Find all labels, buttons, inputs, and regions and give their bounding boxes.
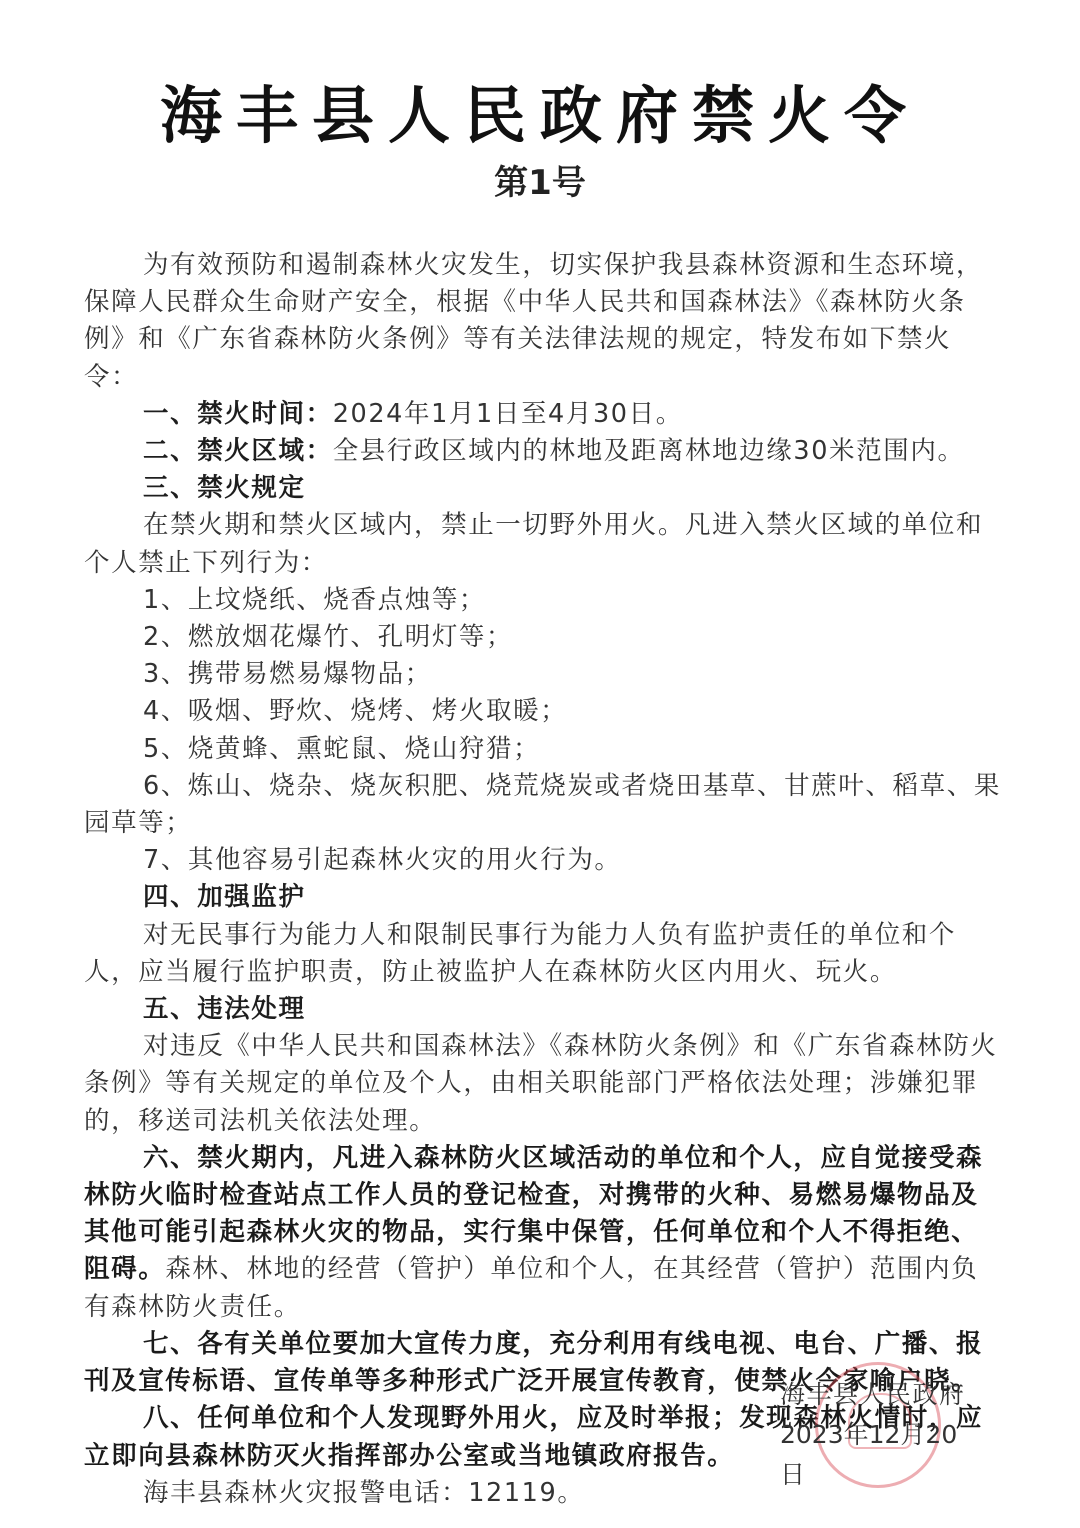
section-area-label: 二、禁火区域： [143,436,333,466]
issue-date: 2023年12月20日 [780,1415,980,1495]
section-guardianship-text: 对无民事行为能力人和限制民事行为能力人负有监护责任的单位和个人，应当履行监护职责… [84,917,1004,991]
rule-item: 1、上坟烧纸、烧香点烛等； [84,582,1004,619]
section-area: 二、禁火区域：全县行政区域内的林地及距离林地边缘30米范围内。 [84,433,1004,470]
rule-item: 3、携带易燃易爆物品； [84,656,1004,693]
rule-item: 2、燃放烟花爆竹、孔明灯等； [84,619,1004,656]
rule-item: 7、其他容易引起森林火灾的用火行为。 [84,842,1004,879]
document-title: 海丰县人民政府禁火令 [0,80,1080,152]
section-inspection-text: 森林、林地的经营（管护）单位和个人，在其经营（管护）范围内负有森林防火责任。 [84,1254,978,1321]
document-number: 第1号 [0,155,1080,204]
issuer-name: 海丰县人民政府 [780,1375,980,1415]
section-inspection: 六、禁火期内，凡进入森林防火区域活动的单位和个人，应自觉接受森林防火临时检查站点… [84,1140,1004,1326]
section-rules-intro: 在禁火期和禁火区域内，禁止一切野外用火。凡进入禁火区域的单位和个人禁止下列行为： [84,507,1004,581]
section-area-text: 全县行政区域内的林地及距离林地边缘30米范围内。 [333,436,965,466]
section-guardianship-heading: 四、加强监护 [84,879,1004,916]
preamble: 为有效预防和遏制森林火灾发生，切实保护我县森林资源和生态环境，保障人民群众生命财… [84,247,1004,396]
document-body: 为有效预防和遏制森林火灾发生，切实保护我县森林资源和生态环境，保障人民群众生命财… [84,247,1004,1512]
section-time-text: 2024年1月1日至4月30日。 [333,399,683,429]
rule-item: 4、吸烟、野炊、烧烤、烤火取暖； [84,693,1004,730]
section-time-label: 一、禁火时间： [143,399,333,429]
section-time: 一、禁火时间：2024年1月1日至4月30日。 [84,396,1004,433]
rule-item: 6、炼山、烧杂、烧灰积肥、烧荒烧炭或者烧田基草、甘蔗叶、稻草、果园草等； [84,768,1004,842]
section-rules-heading: 三、禁火规定 [84,470,1004,507]
rule-item: 5、烧黄蜂、熏蛇鼠、烧山狩猎； [84,731,1004,768]
section-penalty-heading: 五、违法处理 [84,991,1004,1028]
signature-block: 海丰县人民政府 2023年12月20日 [780,1375,980,1495]
section-penalty-text: 对违反《中华人民共和国森林法》《森林防火条例》和《广东省森林防火条例》等有关规定… [84,1028,1004,1140]
